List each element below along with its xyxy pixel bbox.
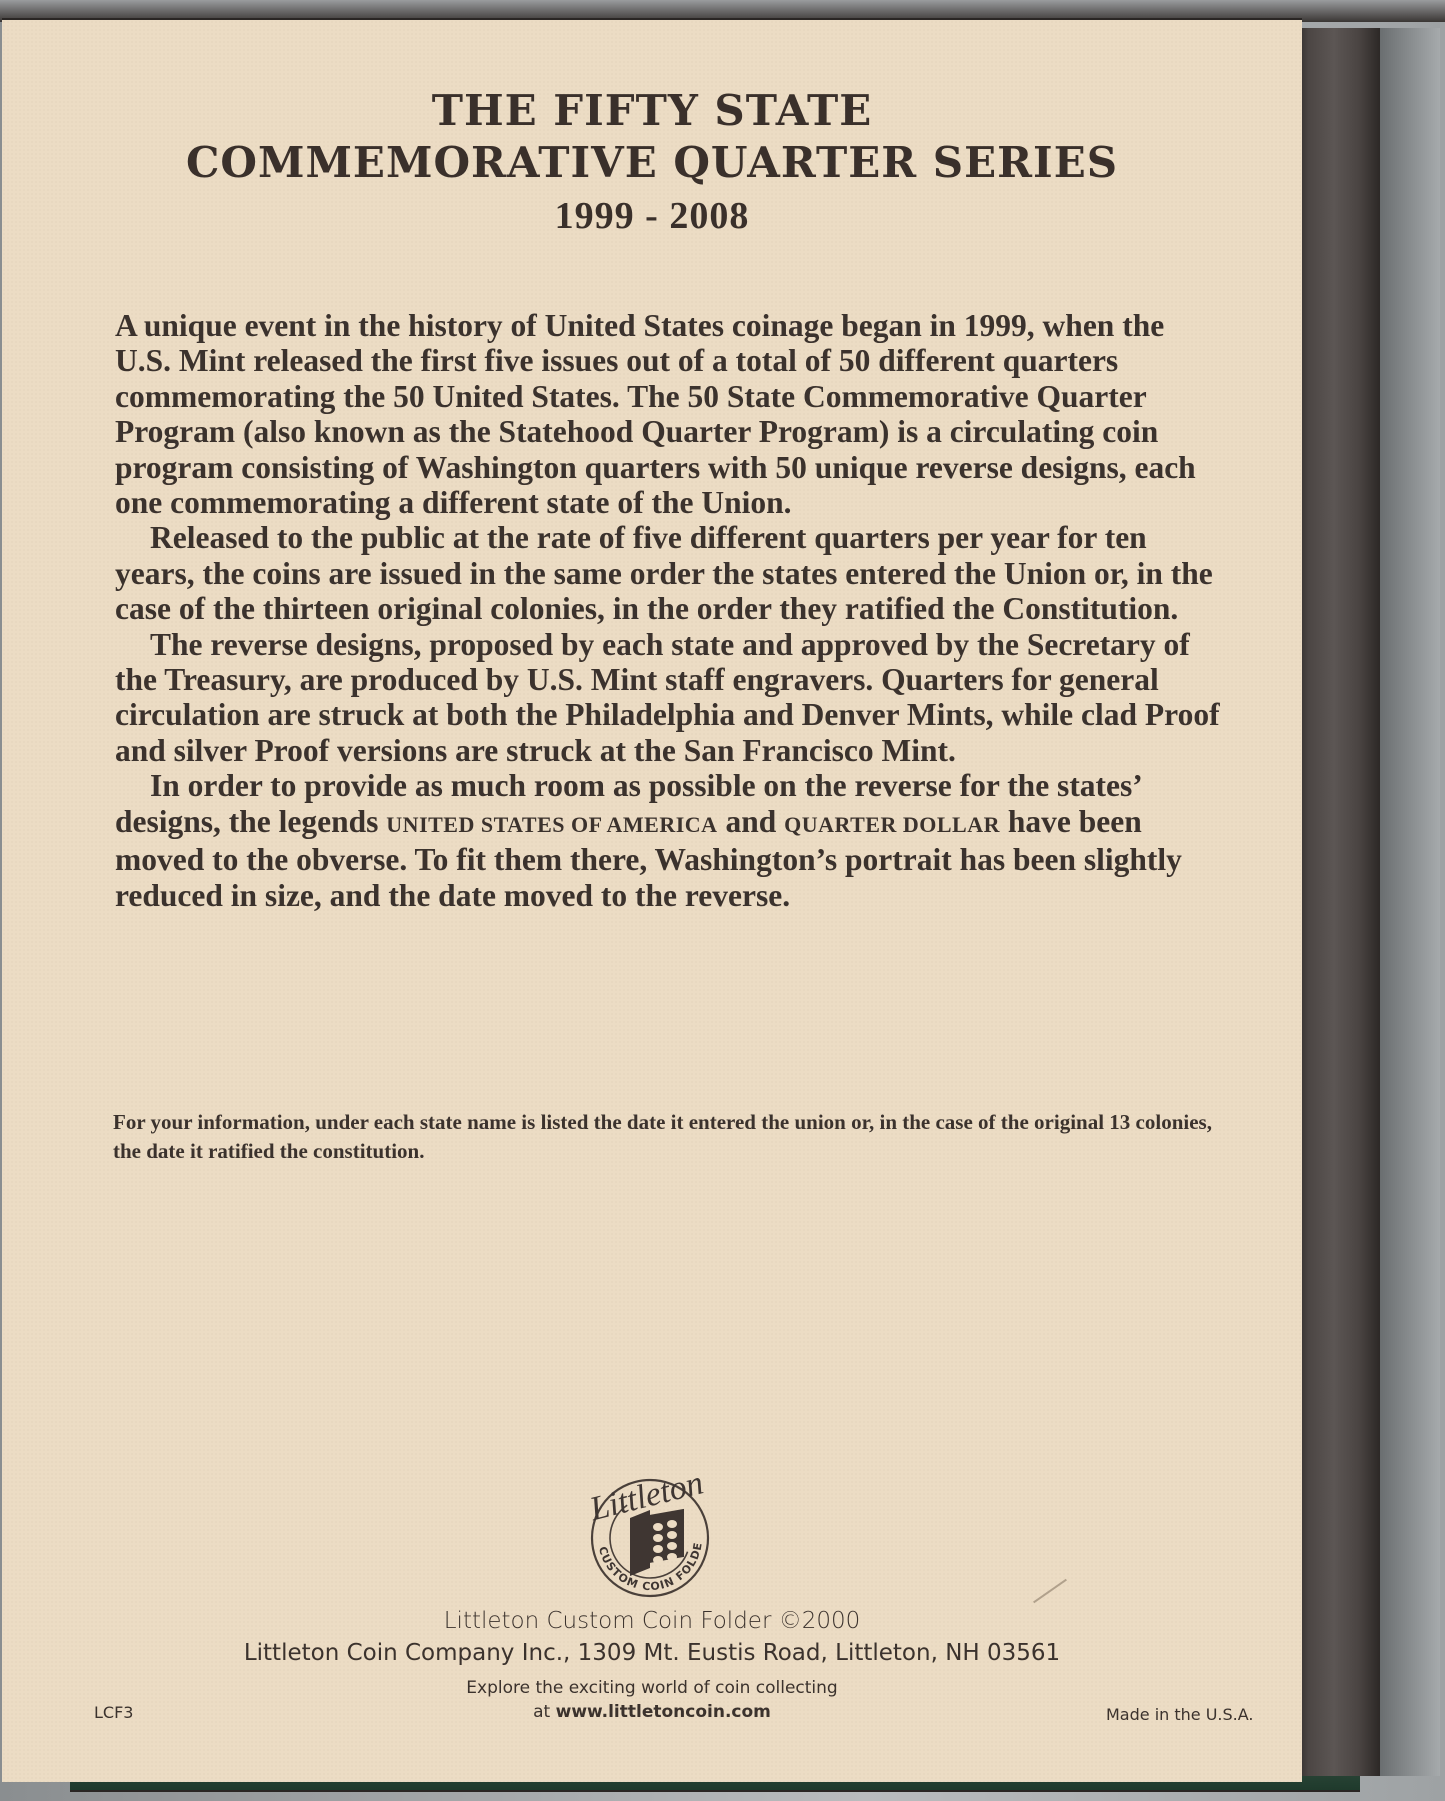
legend-quarter-dollar: QUARTER DOLLAR	[784, 812, 1000, 837]
info-note: For your information, under each state n…	[113, 1108, 1213, 1166]
product-code: LCF3	[94, 1703, 133, 1722]
coin-folder-icon: Littleton CUSTOM COIN FOLDER	[570, 1460, 730, 1600]
paragraph-4-part-2: and	[718, 804, 785, 839]
title-line-2: COMMEMORATIVE QUARTER SERIES	[2, 138, 1302, 187]
scratch-mark	[1033, 1579, 1067, 1604]
paragraph-4: In order to provide as much room as poss…	[115, 768, 1225, 913]
littleton-logo: Littleton CUSTOM COIN FOLDER	[570, 1460, 730, 1600]
made-in-usa: Made in the U.S.A.	[1106, 1705, 1254, 1724]
title-line-1: THE FIFTY STATE	[2, 86, 1302, 135]
paragraph-3: The reverse designs, proposed by each st…	[115, 627, 1225, 769]
footer-address: Littleton Coin Company Inc., 1309 Mt. Eu…	[2, 1640, 1302, 1666]
paragraph-1: A unique event in the history of United …	[115, 308, 1225, 520]
website-link[interactable]: www.littletoncoin.com	[556, 1702, 771, 1722]
footer-explore: Explore the exciting world of coin colle…	[2, 1678, 1302, 1698]
title-years: 1999 - 2008	[2, 194, 1302, 238]
scanner-background-right	[1380, 28, 1440, 1776]
footer-at: at	[533, 1702, 556, 1722]
folder-page: THE FIFTY STATE COMMEMORATIVE QUARTER SE…	[2, 18, 1302, 1782]
folder-spine	[1296, 28, 1380, 1776]
paragraph-2: Released to the public at the rate of fi…	[115, 520, 1225, 626]
legend-united-states: UNITED STATES OF AMERICA	[386, 812, 717, 837]
footer-product: Littleton Custom Coin Folder ©2000	[2, 1608, 1302, 1634]
body-text: A unique event in the history of United …	[115, 308, 1225, 913]
